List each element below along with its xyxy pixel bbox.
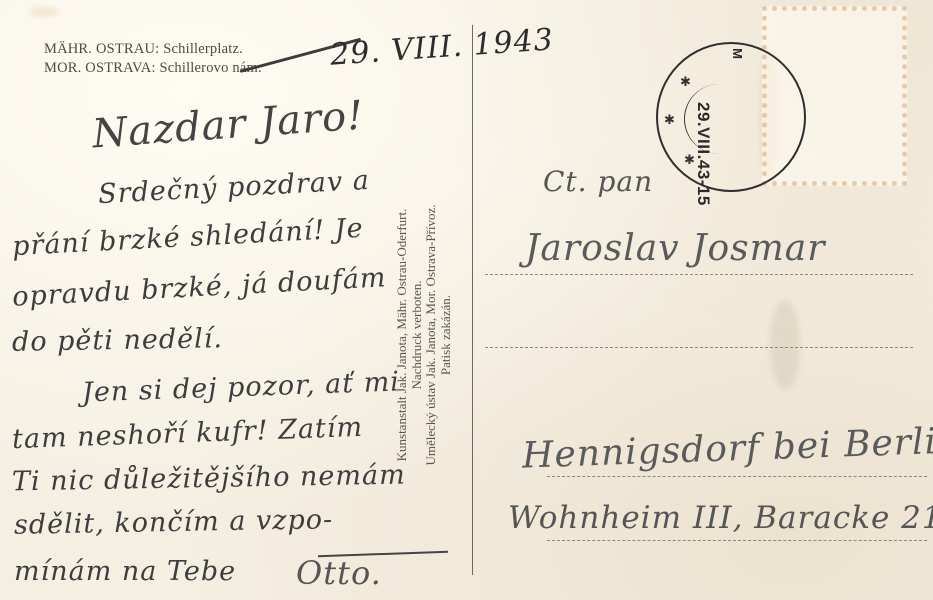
message-line: Srdečný pozdrav a (97, 165, 370, 210)
address-dotted-line (547, 540, 927, 541)
message-line: opravdu brzké, já doufám (11, 262, 387, 313)
message-line: sdělit, končím a vzpo- (14, 504, 334, 541)
postmark-letter: M (730, 48, 745, 59)
handwritten-date: 29. VIII. 1943 (329, 22, 555, 73)
paper-stain (30, 8, 58, 16)
postcard-back: MÄHR. OSTRAU: Schillerplatz. MOR. OSTRAV… (0, 0, 933, 600)
message-line: do pěti nedělí. (12, 323, 223, 358)
message-line: Jen si dej pozor, ať mi (82, 366, 401, 408)
message-greeting: Nazdar Jaro! (91, 93, 366, 158)
message-line: mínám na Tebe (14, 556, 236, 587)
address-dotted-line (485, 274, 913, 275)
address-city: Hennigsdorf bei Berlin (521, 420, 933, 476)
publisher-imprint: Kunstanstalt Jak. Janota, Mähr. Ostrau-O… (395, 90, 485, 590)
message-line: přání brzké shledání! Je (11, 213, 364, 262)
paper-stain (770, 300, 800, 390)
address-street: Wohnheim III, Baracke 212/5 (508, 500, 933, 536)
address-salutation: Ct. pan (543, 165, 653, 198)
star-icon: ✱ (680, 74, 691, 90)
message-signature: Otto. (296, 554, 382, 592)
header-line-czech: MOR. OSTRAVA: Schillerovo nám. (44, 59, 262, 78)
address-dotted-line (547, 476, 927, 477)
postmark-cancel: M 29.VIII.43-15 ✱ ✱ ✱ (656, 42, 806, 192)
star-icon: ✱ (664, 112, 675, 128)
header-line-german: MÄHR. OSTRAU: Schillerplatz. (44, 40, 262, 59)
message-line: Ti nic důležitějšího nemám (12, 460, 406, 498)
star-icon: ✱ (684, 152, 695, 168)
address-name: Jaroslav Josmar (525, 228, 825, 269)
address-dotted-line (485, 347, 913, 348)
printed-location-header: MÄHR. OSTRAU: Schillerplatz. MOR. OSTRAV… (44, 40, 262, 78)
message-line: tam neshoří kufr! Zatím (12, 412, 364, 455)
